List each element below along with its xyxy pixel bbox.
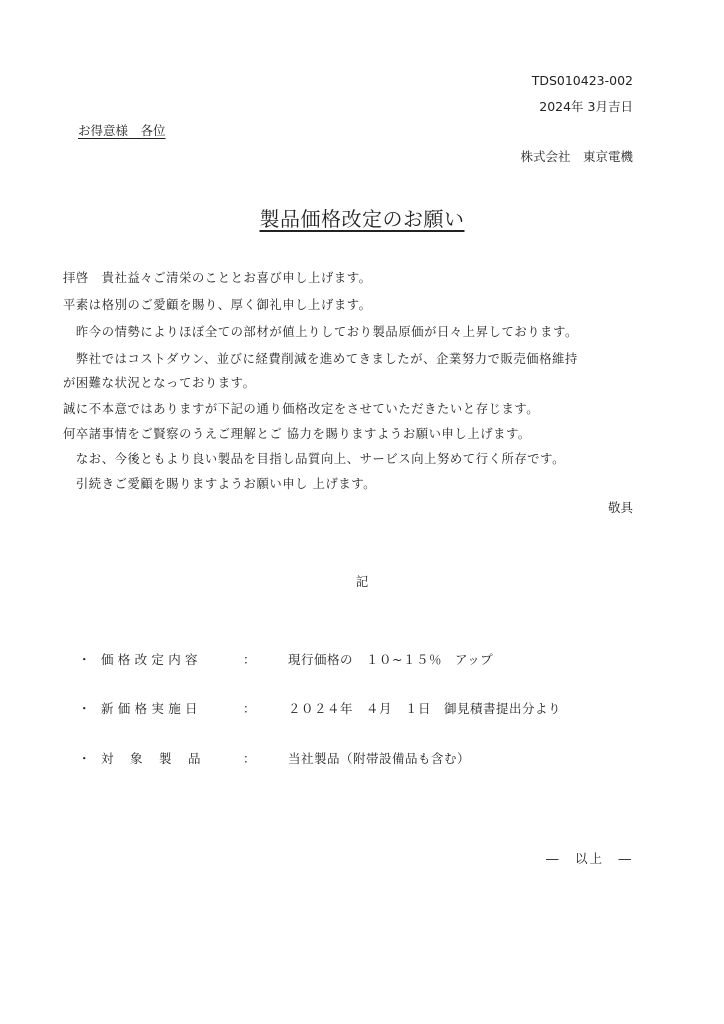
notice-heading: 記 bbox=[0, 572, 724, 590]
body-line: 引続きご愛顧を賜りますようお願い申し 上げます。 bbox=[63, 474, 376, 492]
body-line: 昨今の情勢によりほぼ全ての部材が値上りしており製品原価が日々上昇しております。 bbox=[63, 322, 578, 340]
body-line: なお、今後ともより良い製品を目指し品質向上、サービス向上努めて行く所存です。 bbox=[63, 449, 565, 467]
item-value: 現行価格の １０~１５％ アップ bbox=[288, 650, 493, 668]
item-label: 新価格実施日 bbox=[101, 699, 202, 717]
body-line: 拝啓 貴社益々ご清栄のこととお喜び申し上げます。 bbox=[63, 268, 372, 286]
sender-company: 株式会社 東京電機 bbox=[520, 147, 633, 165]
document-date: 2024年 3月吉日 bbox=[539, 97, 633, 115]
body-line: が困難な状況となっております。 bbox=[63, 373, 255, 391]
item-label: 対 象 製 品 bbox=[101, 749, 203, 767]
bullet-icon: ・ bbox=[78, 699, 91, 717]
item-value: 当社製品（附帯設備品も含む） bbox=[288, 749, 470, 767]
recipient: お得意様 各位 bbox=[78, 121, 166, 139]
document-number: TDS010423-002 bbox=[532, 73, 633, 88]
bullet-icon: ・ bbox=[78, 650, 91, 668]
body-line: 誠に不本意ではありますが下記の通り価格改定をさせていただきたいと存じます。 bbox=[63, 399, 539, 417]
end-mark: ― 以上 ― bbox=[546, 849, 633, 867]
item-colon: ： bbox=[243, 749, 256, 767]
item-label: 価格改定内容 bbox=[101, 650, 202, 668]
document-title: 製品価格改定のお願い bbox=[0, 203, 724, 232]
body-line: 弊社ではコストダウン、並びに経費削減を進めてきましたが、企業努力で販売価格維持 bbox=[63, 349, 578, 367]
item-colon: ： bbox=[243, 699, 256, 717]
body-line: 平素は格別のご愛顧を賜り、厚く御礼申し上げます。 bbox=[63, 295, 372, 313]
item-value: ２０２４年 ４月 １日 御見積書提出分より bbox=[288, 699, 561, 717]
body-line: 何卒諸事情をご賢察のうえご理解とご 協力を賜りますようお願い申し上げます。 bbox=[63, 424, 531, 442]
item-colon: ： bbox=[243, 650, 256, 668]
document-title-text: 製品価格改定のお願い bbox=[260, 207, 465, 231]
bullet-icon: ・ bbox=[78, 749, 91, 767]
closing-salutation: 敬具 bbox=[608, 498, 633, 516]
